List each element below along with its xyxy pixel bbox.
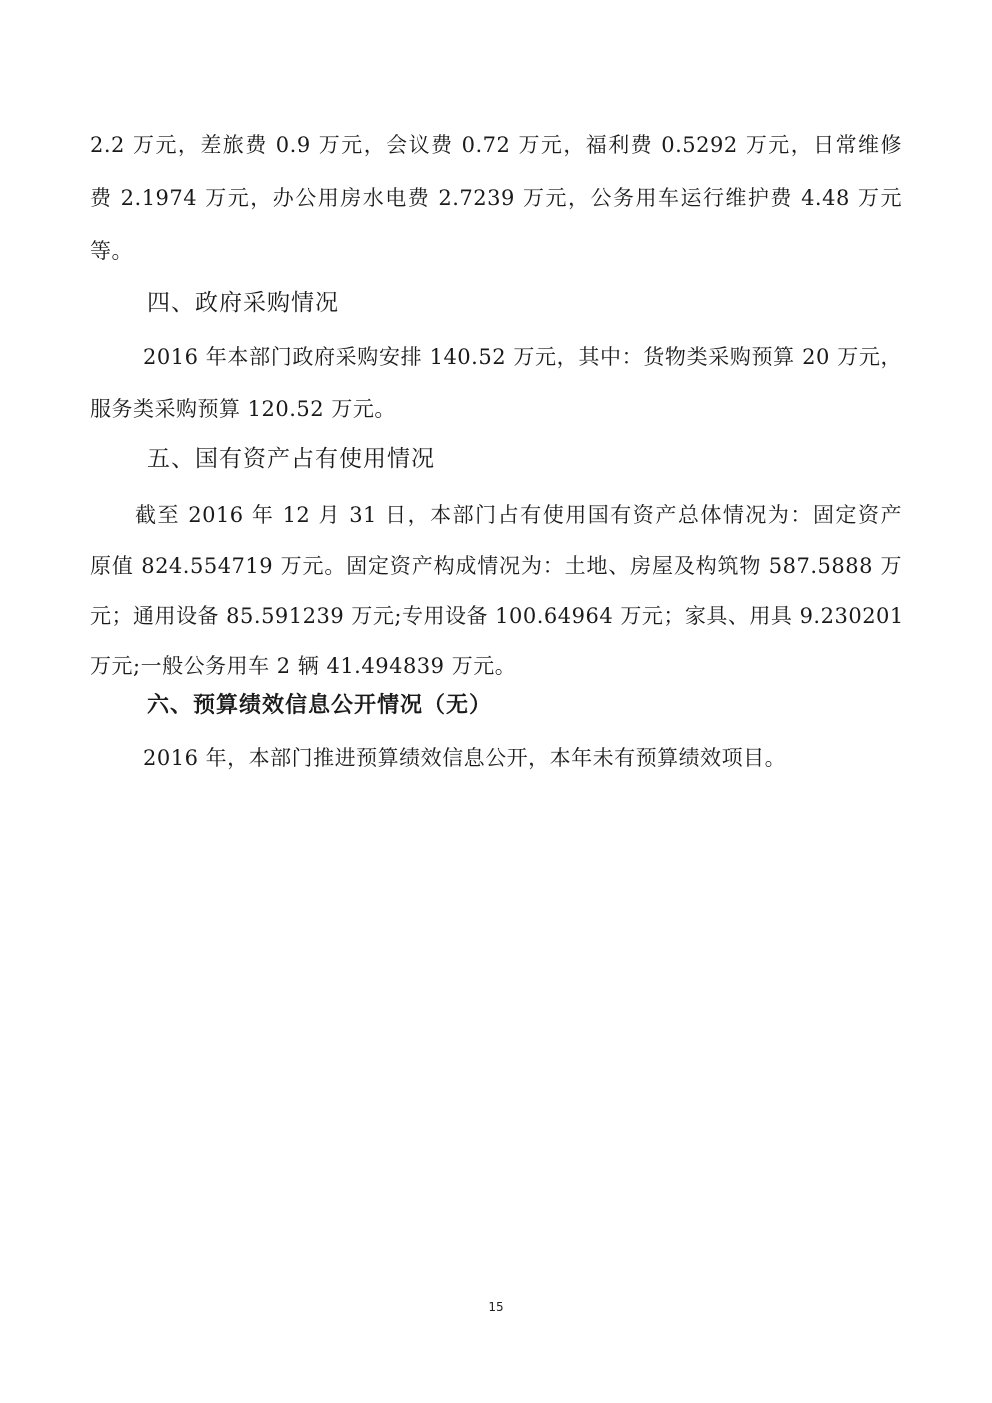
page-number: 15 <box>0 1300 992 1314</box>
section-heading-state-assets: 五、国有资产占有使用情况 <box>147 443 435 475</box>
paragraph-line: 截至 2016 年 12 月 31 日，本部门占有使用国有资产总体情况为：固定资… <box>135 500 902 530</box>
paragraph-line: 服务类采购预算 120.52 万元。 <box>90 394 902 424</box>
paragraph-line: 2.2 万元，差旅费 0.9 万元，会议费 0.72 万元，福利费 0.5292… <box>90 130 902 160</box>
paragraph-line: 2016 年，本部门推进预算绩效信息公开，本年未有预算绩效项目。 <box>143 743 902 773</box>
paragraph-line: 2016 年本部门政府采购安排 140.52 万元，其中：货物类采购预算 20 … <box>143 342 902 372</box>
section-heading-performance: 六、预算绩效信息公开情况（无） <box>147 689 492 721</box>
paragraph-line: 万元;一般公务用车 2 辆 41.494839 万元。 <box>90 651 902 681</box>
paragraph-line: 费 2.1974 万元，办公用房水电费 2.7239 万元，公务用车运行维护费 … <box>90 183 902 213</box>
paragraph-line: 元；通用设备 85.591239 万元;专用设备 100.64964 万元；家具… <box>90 601 902 631</box>
paragraph-line: 等。 <box>90 236 902 266</box>
section-heading-procurement: 四、政府采购情况 <box>147 287 339 319</box>
paragraph-line: 原值 824.554719 万元。固定资产构成情况为：土地、房屋及构筑物 587… <box>90 551 902 581</box>
